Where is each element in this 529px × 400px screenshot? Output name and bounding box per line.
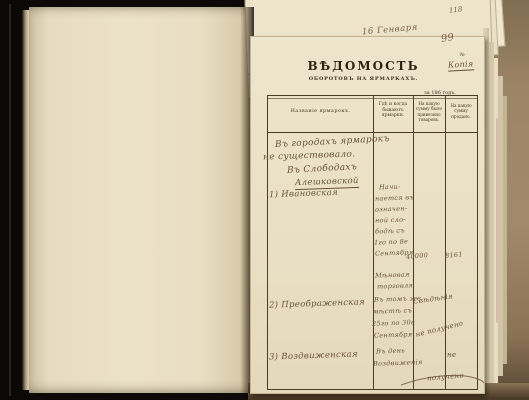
header-goods-brought: На какую сумму было привезено товаровъ. <box>414 101 444 122</box>
where-line: Мѣновая <box>375 270 410 279</box>
no-data-note: не <box>447 351 456 359</box>
where-line: бодѣ съ <box>375 226 405 235</box>
fore-edge-strip <box>503 96 507 364</box>
where-line: означен- <box>375 204 408 213</box>
ink-flourish <box>399 369 485 389</box>
page-number-script: 99 <box>440 32 455 45</box>
form-number-label: № <box>460 52 466 58</box>
column-divider <box>445 96 446 389</box>
where-line: 25го по 30е <box>372 318 415 328</box>
vedomost-form-page: 99 № Копія ВѢДОМОСТЬ ОБОРОТОВЪ НА ЯРМАРК… <box>250 36 485 394</box>
where-line: Воздвиженія <box>373 358 423 368</box>
header-where-when: Гдѣ и когда бываютъ ярмарки. <box>374 102 412 119</box>
cover-edge-highlight <box>9 4 11 396</box>
where-line: ной сло- <box>375 215 406 224</box>
form-subtitle: ОБОРОТОВЪ НА ЯРМАРКАХЪ. <box>286 76 441 82</box>
column-divider <box>413 96 414 389</box>
where-line: мѣстѣ съ <box>373 306 412 315</box>
where-line: Сентября <box>374 330 413 339</box>
archival-book-scan: 118 16 Генваря 99 № Копія ВѢДОМОСТЬ ОБОР… <box>0 0 529 400</box>
header-fair-name: Названіе ярмарокъ. <box>272 108 369 114</box>
where-line: Въ день <box>376 346 405 355</box>
where-line: Начи- <box>379 183 401 192</box>
where-line: 1го по 8е <box>374 237 409 246</box>
form-title: ВѢДОМОСТЬ <box>286 59 441 73</box>
where-line: нается въ <box>375 193 414 202</box>
page-number-top: 118 <box>449 5 463 14</box>
left-page-edges <box>22 10 29 390</box>
header-divider <box>268 132 477 133</box>
amount-sold: 8161 <box>445 250 463 260</box>
left-blank-page <box>29 7 250 393</box>
header-goods-sold: На какую сумму продано. <box>446 103 476 119</box>
copy-annotation: Копія <box>448 59 474 71</box>
where-line: торговля <box>377 281 413 290</box>
